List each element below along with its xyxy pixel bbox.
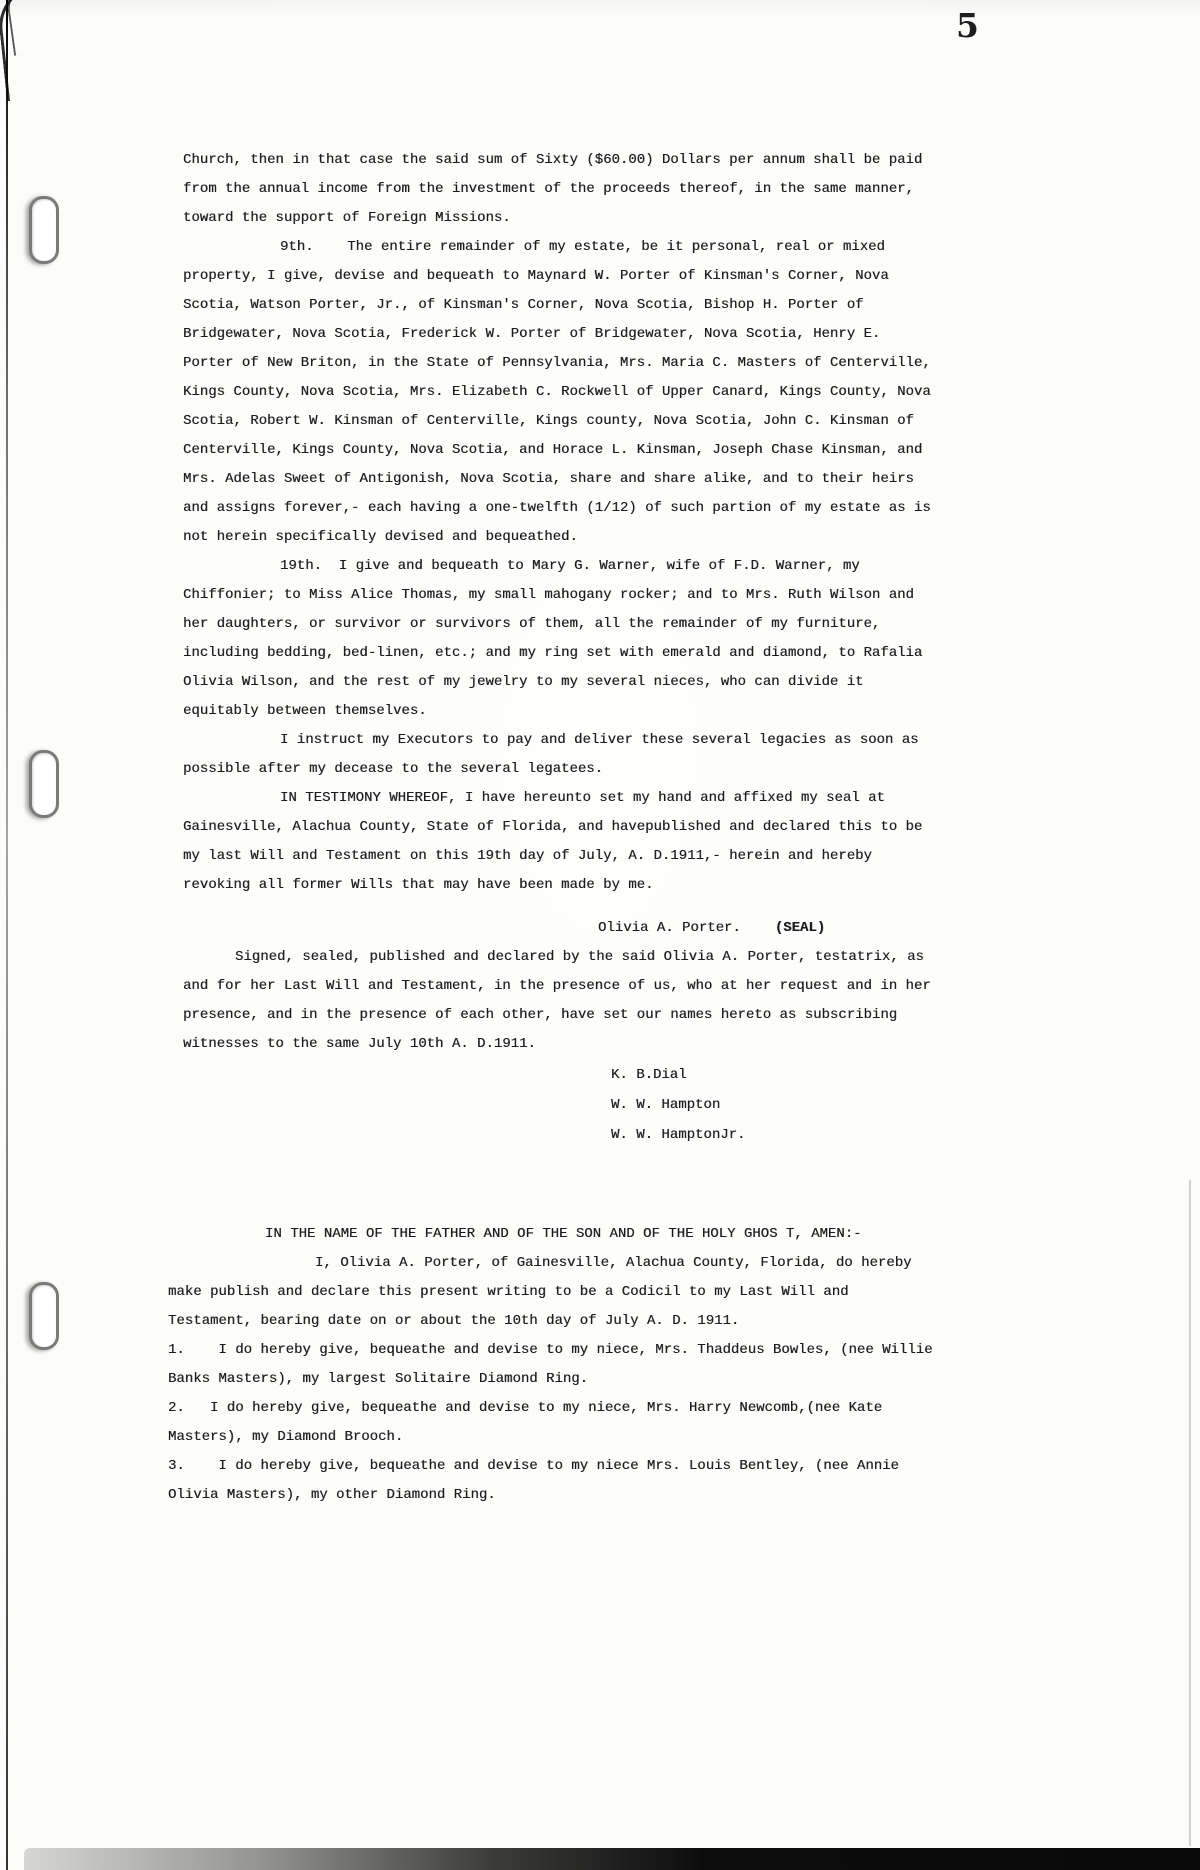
witness-name: K. B.Dial: [611, 1060, 939, 1090]
will-paragraph-10th: 19th. I give and bequeath to Mary G. War…: [183, 552, 939, 726]
codicil-intro: I, Olivia A. Porter, of Gainesville, Ala…: [168, 1249, 940, 1336]
signature-name: Olivia A. Porter.: [598, 920, 741, 936]
will-paragraph-9th: 9th. The entire remainder of my estate, …: [183, 233, 939, 552]
codicil-heading: IN THE NAME OF THE FATHER AND OF THE SON…: [265, 1220, 940, 1249]
witness-name: W. W. HamptonJr.: [611, 1120, 939, 1150]
page-number: 5: [956, 6, 979, 45]
will-paragraph-continuation: Church, then in that case the said sum o…: [183, 146, 939, 233]
will-paragraph-attestation: Signed, sealed, published and declared b…: [183, 943, 939, 1059]
witness-list: K. B.Dial W. W. Hampton W. W. HamptonJr.: [611, 1060, 939, 1150]
scan-left-edge-line: [6, 0, 8, 1870]
codicil-item-3: 3. I do hereby give, bequeathe and devis…: [168, 1452, 940, 1510]
seal-label: (SEAL): [775, 920, 825, 936]
witness-name: W. W. Hampton: [611, 1090, 939, 1120]
codicil-item-1: 1. I do hereby give, bequeathe and devis…: [168, 1336, 940, 1394]
punch-hole: [29, 196, 59, 264]
punch-hole: [29, 1282, 59, 1350]
document-page: 5 Church, then in that case the said sum…: [0, 0, 1200, 1870]
codicil-item-2: 2. I do hereby give, bequeathe and devis…: [168, 1394, 940, 1452]
scan-bottom-shadow-bar: [24, 1848, 1200, 1870]
punch-hole: [29, 750, 59, 818]
will-paragraph-testimony: IN TESTIMONY WHEREOF, I have hereunto se…: [183, 784, 939, 900]
signature-line: Olivia A. Porter.(SEAL): [598, 914, 939, 943]
will-text-block: Church, then in that case the said sum o…: [183, 146, 939, 1510]
scan-right-edge-line: [1189, 1180, 1191, 1846]
will-paragraph-executors: I instruct my Executors to pay and deliv…: [183, 726, 939, 784]
codicil-section: IN THE NAME OF THE FATHER AND OF THE SON…: [168, 1220, 940, 1510]
